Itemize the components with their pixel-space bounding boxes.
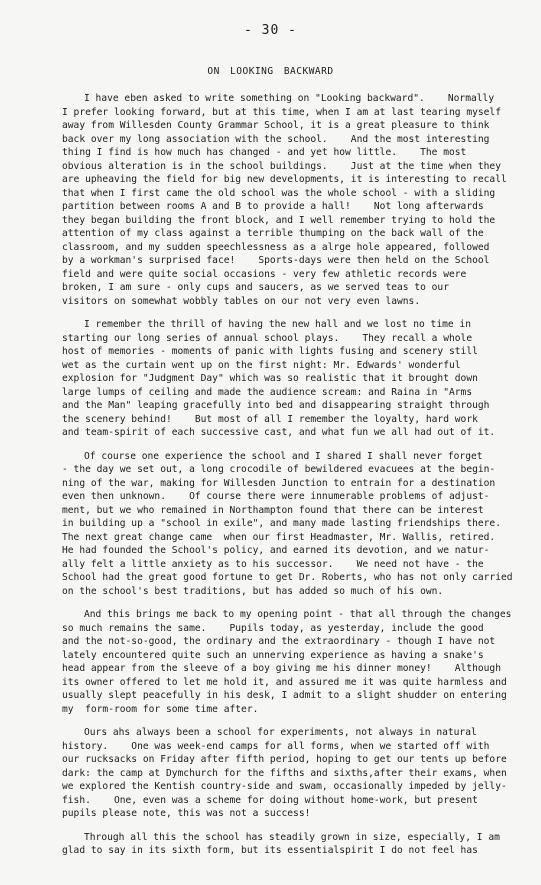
text-line: I have eben asked to write something on … [62,92,532,106]
text-line: Through all this the school has steadily… [62,831,532,845]
text-line: large lumps of ceiling and made the audi… [62,386,532,400]
text-line: glad to say in its sixth form, but its e… [62,844,532,858]
paragraph: I remember the thrill of having the new … [62,318,532,440]
text-line: and team-spirit of each successive cast,… [62,426,532,440]
text-line: I remember the thrill of having the new … [62,318,532,332]
text-line: field and were quite social occasions - … [62,268,532,282]
text-line: And this brings me back to my opening po… [62,608,532,622]
text-line: obvious alteration is in the school buil… [62,160,532,174]
article-body: I have eben asked to write something on … [62,92,532,868]
text-line: by a workman's surprised face! Sports-da… [62,254,532,268]
text-line: partition between rooms A and B to provi… [62,200,532,214]
paragraph: Ours ahs always been a school for experi… [62,726,532,821]
text-line: they began building the front block, and… [62,214,532,228]
text-line: broken, I am sure - only cups and saucer… [62,281,532,295]
text-line: ally felt a little anxiety as to his suc… [62,558,532,572]
text-line: dark: the camp at Dymchurch for the fift… [62,767,532,781]
text-line: fish. One, even was a scheme for doing w… [62,794,532,808]
text-line: usually slept peacefully in his desk, I … [62,689,532,703]
text-line: School had the great good fortune to get… [62,571,532,585]
text-line: our rucksacks on Friday after fifth peri… [62,753,532,767]
paragraph: I have eben asked to write something on … [62,92,532,308]
text-line: that when I first came the old school wa… [62,187,532,201]
article-title: ON LOOKING BACKWARD [0,66,541,77]
text-line: I prefer looking forward, but at this ti… [62,106,532,120]
text-line: thing I find is how much has changed - a… [62,146,532,160]
text-line: and the not-so-good, the ordinary and th… [62,635,532,649]
text-line: are upheaving the field for big new deve… [62,173,532,187]
text-line: on the school's best traditions, but has… [62,585,532,599]
text-line: classroom, and my sudden speechlessness … [62,241,532,255]
text-line: its owner offered to let me hold it, and… [62,676,532,690]
text-line: wet as the curtain went up on the first … [62,359,532,373]
text-line: The next great change came when our firs… [62,531,532,545]
paragraph: And this brings me back to my opening po… [62,608,532,716]
text-line: we explored the Kentish country-side and… [62,780,532,794]
text-line: history. One was week-end camps for all … [62,740,532,754]
text-line: - the day we set out, a long crocodile o… [62,463,532,477]
text-line: head appear from the sleeve of a boy giv… [62,662,532,676]
text-line: visitors on somewhat wobbly tables on ou… [62,295,532,309]
text-line: ment, but we who remained in Northampton… [62,504,532,518]
text-line: the scenery behind! But most of all I re… [62,413,532,427]
text-line: starting our long series of annual schoo… [62,332,532,346]
text-line: host of memories - moments of panic with… [62,345,532,359]
text-line: lately encountered quite such an unnervi… [62,649,532,663]
text-line: back over my long association with the s… [62,133,532,147]
text-line: and the Man" leaping gracefully into bed… [62,399,532,413]
paragraph: Of course one experience the school and … [62,450,532,599]
text-line: explosion for "Judgment Day" which was s… [62,372,532,386]
text-line: even then unknown. Of course there were … [62,490,532,504]
paragraph: Through all this the school has steadily… [62,831,532,858]
text-line: my form-room for some time after. [62,703,532,717]
text-line: attention of my class against a terrible… [62,227,532,241]
text-line: ning of the war, making for Willesden Ju… [62,477,532,491]
text-line: Ours ahs always been a school for experi… [62,726,532,740]
text-line: in building up a "school in exile", and … [62,517,532,531]
page-number: - 30 - [0,23,541,38]
text-line: away from Willesden County Grammar Schoo… [62,119,532,133]
text-line: He had founded the School's policy, and … [62,544,532,558]
text-line: Of course one experience the school and … [62,450,532,464]
text-line: so much remains the same. Pupils today, … [62,622,532,636]
text-line: pupils please note, this was not a succe… [62,807,532,821]
